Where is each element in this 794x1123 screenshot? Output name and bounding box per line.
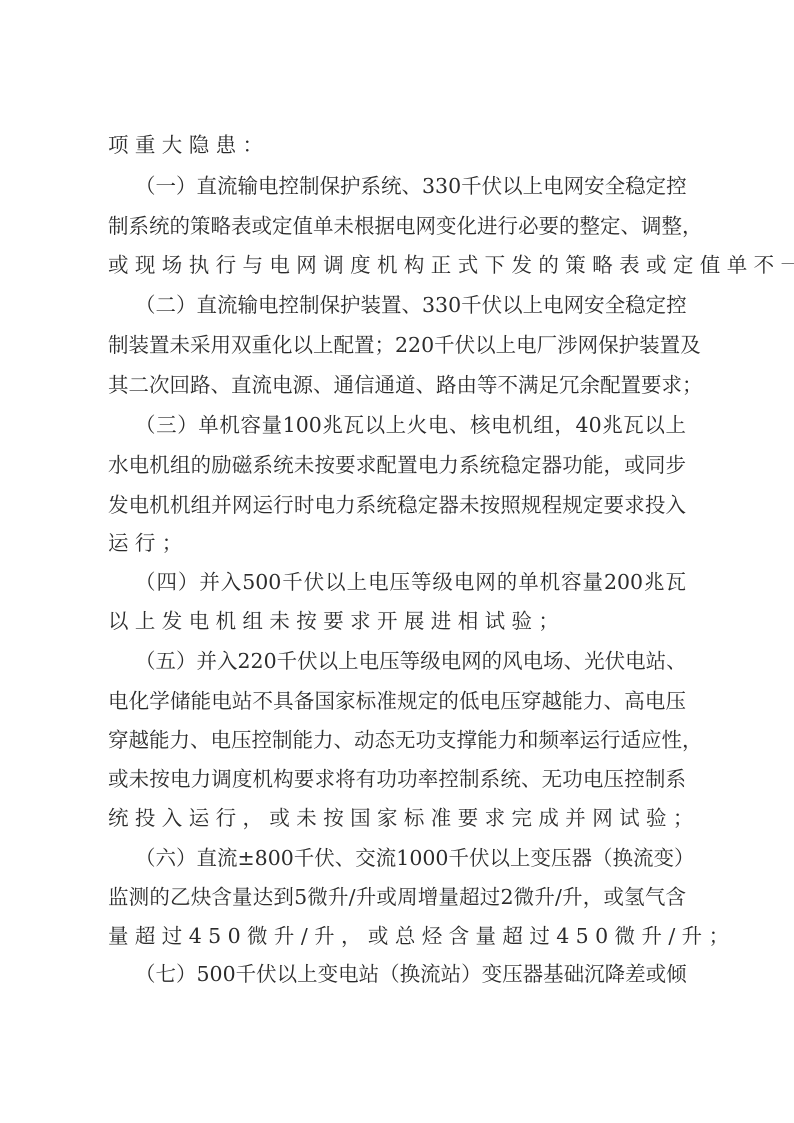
text-line: 监测的乙炔含量达到5微升/升或周增量超过2微升/升，或氢气含 bbox=[108, 882, 686, 912]
text-line: （四）并入500千伏以上电压等级电网的单机容量200兆瓦 bbox=[135, 567, 686, 597]
text-line: 其二次回路、直流电源、通信通道、路由等不满足冗余配置要求； bbox=[108, 370, 686, 400]
text-line: （二）直流输电控制保护装置、330千伏以上电网安全稳定控 bbox=[135, 290, 686, 320]
text-line: 电化学储能电站不具备国家标准规定的低电压穿越能力、高电压 bbox=[108, 686, 686, 716]
text-line: 或未按电力调度机构要求将有功功率控制系统、无功电压控制系 bbox=[108, 764, 686, 794]
text-line: （七）500千伏以上变电站（换流站）变压器基础沉降差或倾 bbox=[135, 959, 686, 989]
document-page: 项重大隐患： （一）直流输电控制保护系统、330千伏以上电网安全稳定控 制系统的… bbox=[0, 0, 794, 1123]
text-line: 穿越能力、电压控制能力、动态无功支撑能力和频率运行适应性， bbox=[108, 725, 686, 755]
text-line: （三）单机容量100兆瓦以上火电、核电机组，40兆瓦以上 bbox=[135, 410, 686, 440]
text-line: （六）直流±800千伏、交流1000千伏以上变压器（换流变） bbox=[135, 843, 686, 873]
text-line: 统投入运行，或未按国家标准要求完成并网试验； bbox=[108, 803, 686, 833]
text-line: （五）并入220千伏以上电压等级电网的风电场、光伏电站、 bbox=[135, 646, 686, 676]
text-line: 或现场执行与电网调度机构正式下发的策略表或定值单不一致； bbox=[108, 250, 686, 280]
text-line: 水电机组的励磁系统未按要求配置电力系统稳定器功能，或同步 bbox=[108, 450, 686, 480]
text-line: 运行； bbox=[108, 528, 686, 558]
text-line: 制系统的策略表或定值单未根据电网变化进行必要的整定、调整， bbox=[108, 211, 686, 241]
text-line: 量超过450微升/升，或总烃含量超过450微升/升； bbox=[108, 921, 686, 951]
text-line: 发电机机组并网运行时电力系统稳定器未按照规程规定要求投入 bbox=[108, 490, 686, 520]
text-line: （一）直流输电控制保护系统、330千伏以上电网安全稳定控 bbox=[135, 171, 686, 201]
text-line: 项重大隐患： bbox=[108, 130, 686, 160]
text-line: 制装置未采用双重化以上配置；220千伏以上电厂涉网保护装置及 bbox=[108, 330, 686, 360]
text-line: 以上发电机组未按要求开展进相试验； bbox=[108, 606, 686, 636]
